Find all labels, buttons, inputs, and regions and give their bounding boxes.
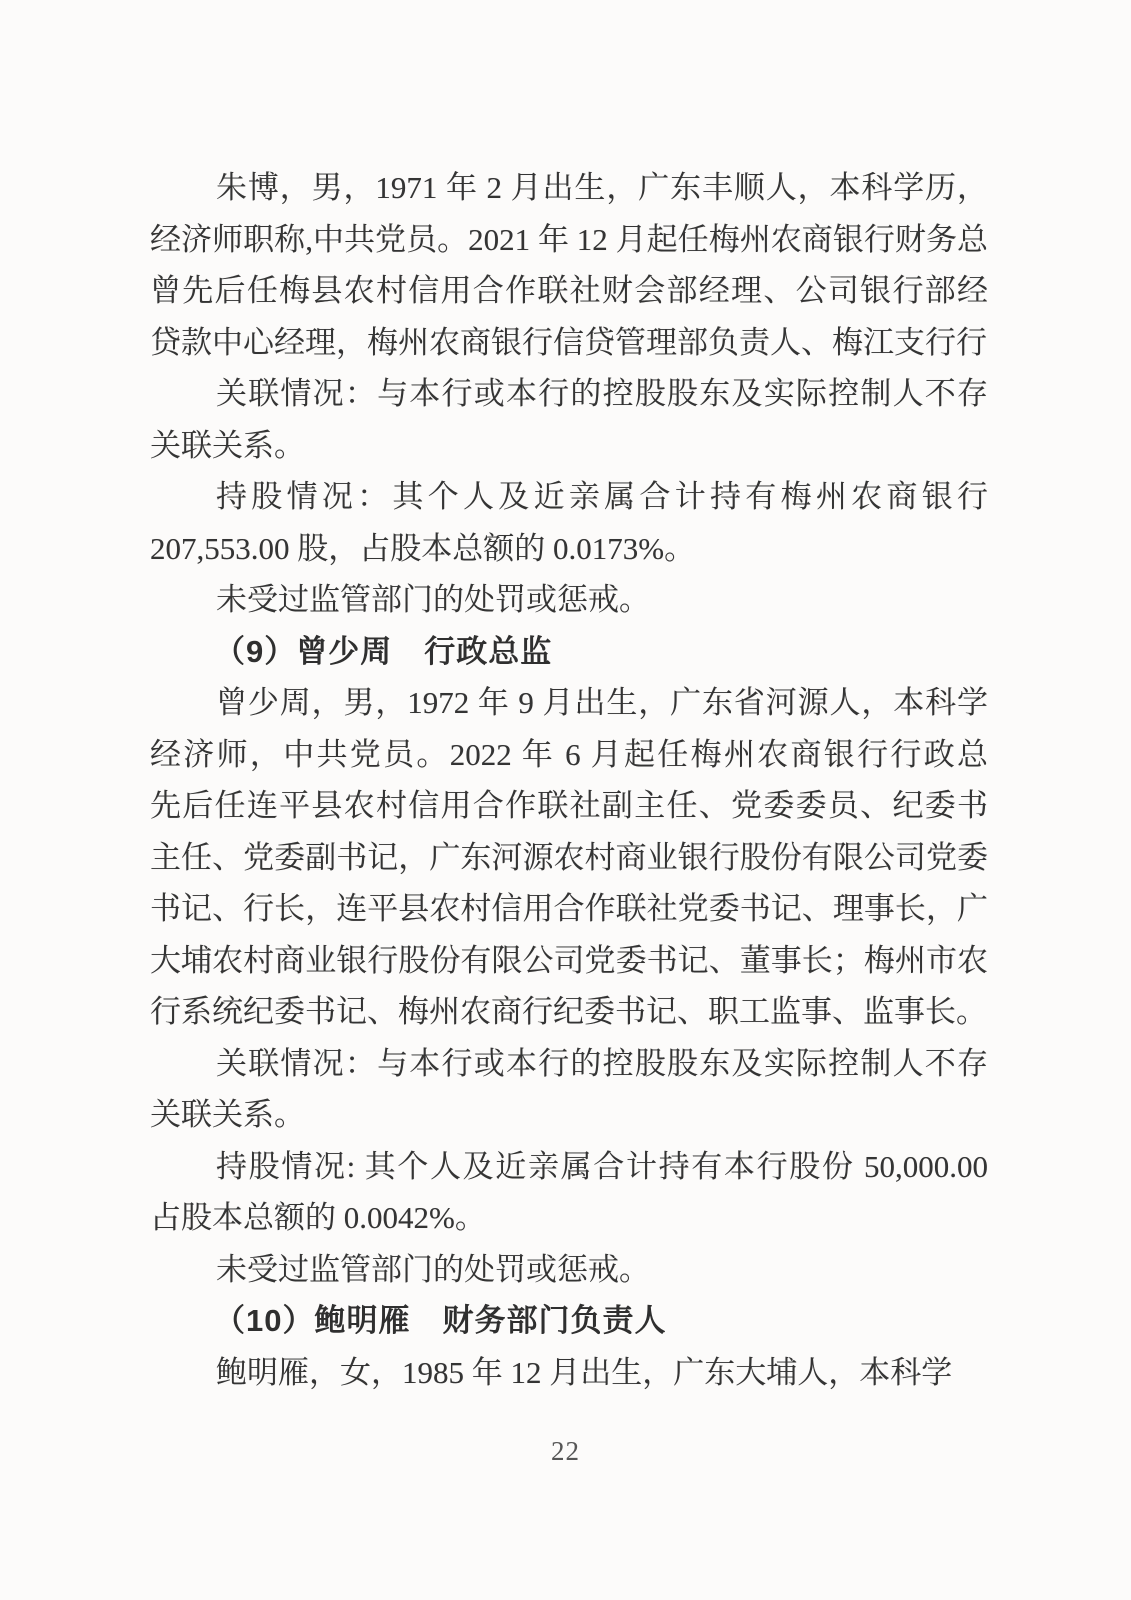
text-line: 曾少周，男，1972 年 9 月出生，广东省河源人，本科学历， <box>150 677 988 729</box>
text-line: 持股情况：其个人及近亲属合计持有梅州农商银行 <box>150 471 988 523</box>
text-line: 曾先后任梅县农村信用合作联社财会部经理、公司银行部经理、 <box>150 265 988 317</box>
text-line: 关联情况：与本行或本行的控股股东及实际控制人不存在 <box>150 368 988 420</box>
text-line: 占股本总额的 0.0042%。 <box>150 1192 988 1244</box>
text-line: 关联关系。 <box>150 1089 988 1141</box>
text-line: 先后任连平县农村信用合作联社副主任、党委委员、纪委书记、 <box>150 780 988 832</box>
text-line: 鲍明雁，女，1985 年 12 月出生，广东大埔人，本科学历，中 <box>150 1347 988 1399</box>
document-body: 朱博，男，1971 年 2 月出生，广东丰顺人，本科学历，中级 经济师职称,中共… <box>150 162 988 1398</box>
text-line: 未受过监管部门的处罚或惩戒。 <box>150 1244 988 1296</box>
text-line: 持股情况: 其个人及近亲属合计持有本行股份 50,000.00 股， <box>150 1141 988 1193</box>
text-line: 大埔农村商业银行股份有限公司党委书记、董事长；梅州市农商 <box>150 935 988 987</box>
text-line: 贷款中心经理，梅州农商银行信贷管理部负责人、梅江支行行长。 <box>150 317 988 369</box>
text-line: 207,553.00 股，占股本总额的 0.0173%。 <box>150 523 988 575</box>
text-line: 书记、行长，连平县农村信用合作联社党委书记、理事长，广东 <box>150 883 988 935</box>
text-line: 经济师，中共党员。2022 年 6 月起任梅州农商银行行政总监。曾 <box>150 729 988 781</box>
text-line: 关联情况：与本行或本行的控股股东及实际控制人不存在 <box>150 1038 988 1090</box>
section-10-heading: （10）鲍明雁 财务部门负责人 <box>150 1295 988 1347</box>
page-number: 22 <box>0 1436 1131 1467</box>
section-9-heading: （9）曾少周 行政总监 <box>150 626 988 678</box>
document-page: 朱博，男，1971 年 2 月出生，广东丰顺人，本科学历，中级 经济师职称,中共… <box>0 0 1131 1600</box>
text-line: 关联关系。 <box>150 420 988 472</box>
text-line: 朱博，男，1971 年 2 月出生，广东丰顺人，本科学历，中级 <box>150 162 988 214</box>
text-line: 行系统纪委书记、梅州农商行纪委书记、职工监事、监事长。 <box>150 986 988 1038</box>
text-line: 经济师职称,中共党员。2021 年 12 月起任梅州农商银行财务总监。 <box>150 214 988 266</box>
text-line: 未受过监管部门的处罚或惩戒。 <box>150 574 988 626</box>
text-line: 主任、党委副书记，广东河源农村商业银行股份有限公司党委副 <box>150 832 988 884</box>
